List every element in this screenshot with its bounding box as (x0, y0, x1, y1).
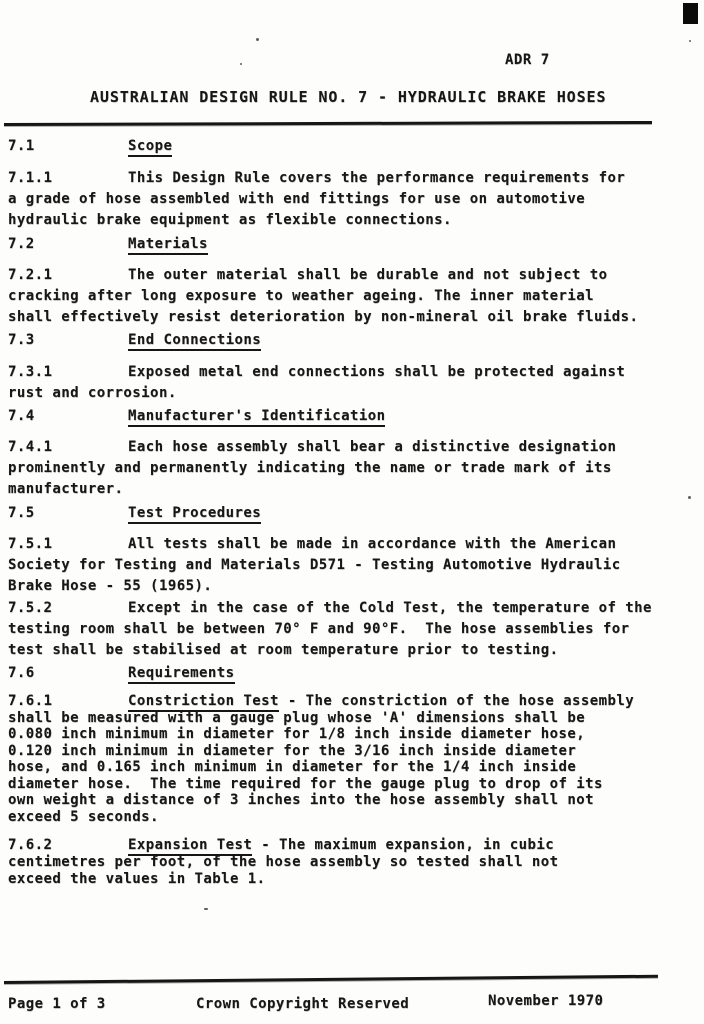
scan-corner-mark (683, 3, 698, 24)
scan-speck (256, 38, 259, 41)
scan-speck (204, 908, 208, 910)
section-number: 7.6 (8, 663, 35, 684)
paragraph-7-3-1: 7.3.1Exposed metal end connections shall… (8, 362, 684, 404)
paragraph-text: Except in the case of the Cold Test, the… (8, 600, 652, 658)
paragraph-7-2-1: 7.2.1The outer material shall be durable… (8, 265, 684, 328)
section-heading-scope: 7.1Scope (8, 136, 684, 157)
footer-page-indicator: Page 1 of 3 (8, 996, 106, 1012)
scan-speck (688, 496, 691, 499)
section-heading-text: Requirements (128, 665, 235, 684)
paragraph-text: Exposed metal end connections shall be p… (8, 364, 625, 401)
scan-speck (689, 40, 691, 42)
paragraph-number: 7.3.1 (8, 362, 52, 383)
paragraph-7-5-1: 7.5.1All tests shall be made in accordan… (8, 534, 684, 597)
paragraph-number: 7.6.1 (8, 693, 52, 710)
section-heading-text: Test Procedures (128, 505, 261, 524)
section-heading-test-procedures: 7.5Test Procedures (8, 503, 684, 524)
paragraph-number: 7.5.1 (8, 534, 52, 555)
section-number: 7.4 (8, 406, 35, 427)
footer-rule (4, 975, 658, 984)
paragraph-7-5-2: 7.5.2Except in the case of the Cold Test… (8, 598, 684, 661)
section-heading-end-connections: 7.3End Connections (8, 330, 684, 351)
section-heading-text: Scope (128, 138, 172, 157)
section-number: 7.2 (8, 234, 35, 255)
scan-speck (240, 63, 242, 65)
section-heading-manufacturers-identification: 7.4Manufacturer's Identification (8, 406, 684, 427)
section-heading-text: End Connections (128, 332, 261, 351)
paragraph-number: 7.1.1 (8, 168, 52, 189)
footer-copyright: Crown Copyright Reserved (196, 996, 409, 1012)
doc-code-label: ADR 7 (505, 52, 550, 68)
paragraph-text: Each hose assembly shall bear a distinct… (8, 439, 616, 497)
paragraph-lead-underlined: Expansion Test (128, 837, 252, 856)
paragraph-text: This Design Rule covers the performance … (8, 170, 625, 228)
paragraph-number: 7.2.1 (8, 265, 52, 286)
paragraph-text: The outer material shall be durable and … (8, 267, 638, 325)
paragraph-7-6-2: 7.6.2Expansion Test - The maximum expans… (8, 837, 684, 888)
paragraph-number: 7.4.1 (8, 437, 52, 458)
section-number: 7.5 (8, 503, 35, 524)
paragraph-number: 7.5.2 (8, 598, 52, 619)
section-heading-materials: 7.2Materials (8, 234, 684, 255)
section-number: 7.3 (8, 330, 35, 351)
paragraph-text: - The maximum expansion, in cubic centim… (8, 837, 558, 887)
scanned-document-page: ADR 7 AUSTRALIAN DESIGN RULE NO. 7 - HYD… (0, 0, 704, 1024)
section-heading-text: Manufacturer's Identification (128, 408, 385, 427)
footer-date: November 1970 (488, 993, 603, 1009)
header-rule (4, 121, 652, 126)
paragraph-7-6-1: 7.6.1Constriction Test - The constrictio… (8, 693, 684, 825)
paragraph-text: All tests shall be made in accordance wi… (8, 536, 621, 594)
paragraph-7-4-1: 7.4.1Each hose assembly shall bear a dis… (8, 437, 684, 500)
paragraph-text: - The constriction of the hose assembly … (8, 693, 634, 825)
paragraph-7-1-1: 7.1.1This Design Rule covers the perform… (8, 168, 684, 231)
page-title: AUSTRALIAN DESIGN RULE NO. 7 - HYDRAULIC… (90, 88, 606, 106)
section-heading-requirements: 7.6Requirements (8, 663, 684, 684)
section-heading-text: Materials (128, 236, 208, 255)
paragraph-number: 7.6.2 (8, 837, 52, 854)
section-number: 7.1 (8, 136, 35, 157)
